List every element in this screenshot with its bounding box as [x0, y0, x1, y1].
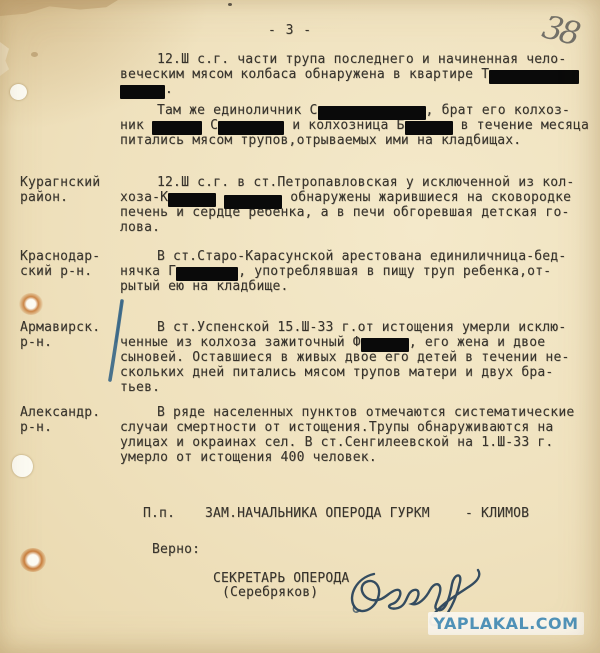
paragraph: В ст.Старо-Карасунской арестована единил… — [120, 249, 600, 294]
margin-district-label: Краснодар-ский р-н. — [20, 249, 124, 279]
text-line: ник С и колхозница Б в течение месяца — [120, 118, 600, 133]
redaction-box — [405, 121, 453, 135]
rust-spot — [20, 548, 46, 572]
text-line: скольких дней питались мясом трупов мате… — [120, 365, 600, 380]
margin-pen-mark — [106, 298, 130, 384]
text-line: . — [120, 82, 600, 97]
official-title: ЗАМ.НАЧАЛЬНИКА ОПЕРОДА ГУРКМ — [205, 506, 430, 521]
margin-district-label: Курагнскийрайон. — [20, 175, 124, 205]
text-line: улицах и окраинах сел. В ст.Сенгилеевско… — [120, 435, 600, 450]
paragraph: В ст.Успенской 15.Ш-33 г.от истощения ум… — [120, 320, 600, 395]
text-line: питались мясом трупов,отрываемых ими на … — [120, 133, 600, 148]
pp-label: П.п. — [143, 506, 175, 521]
text-line: лова. — [120, 220, 600, 235]
text-line: Александр. — [20, 405, 124, 420]
paragraph: 12.Ш с.г. в ст.Петропавловская у исключе… — [120, 175, 600, 235]
text-line: р-н. — [20, 420, 124, 435]
text-line: умерло от истощения 400 человек. — [120, 450, 600, 465]
hole-punch — [10, 84, 27, 100]
paper-speck — [31, 52, 38, 57]
hole-punch — [12, 455, 33, 477]
text-line: ченные из колхоза зажиточный Ф, его жена… — [120, 335, 600, 350]
paragraph: 12.Ш с.г. части трупа последнего и начин… — [120, 52, 600, 97]
scanned-document-page: - 3 - 38 12.Ш с.г. части трупа последнег… — [0, 0, 600, 653]
redaction-box — [318, 106, 426, 120]
redaction-box — [224, 195, 282, 209]
redaction-box — [152, 121, 202, 135]
page-number: - 3 - — [268, 23, 312, 38]
rust-spot — [19, 293, 43, 315]
text-line: печень и сердце ребенка, а в печи обгоре… — [120, 205, 600, 220]
text-line: район. — [20, 190, 124, 205]
paragraph: В ряде населенных пунктов отмечаются сис… — [120, 405, 600, 465]
paper-tear — [0, 0, 118, 16]
text-line: тьев. — [120, 380, 600, 395]
margin-district-label: Александр.р-н. — [20, 405, 124, 435]
redaction-box — [489, 70, 579, 84]
secretary-title: СЕКРЕТАРЬ ОПЕРОДА — [213, 571, 349, 586]
text-line: хоза-К обнаружены жарившиеся на сковород… — [120, 190, 600, 205]
redaction-box — [218, 121, 284, 135]
secretary-name: (Серебряков) — [222, 585, 318, 600]
text-line: 12.Ш с.г. в ст.Петропавловская у исключе… — [120, 175, 600, 190]
text-line: Там же единоличник С, брат его колхоз- — [120, 103, 600, 118]
text-line: случаи смертности от истощения.Трупы обн… — [120, 420, 600, 435]
redaction-box — [120, 85, 165, 99]
text-line: Курагнский — [20, 175, 124, 190]
text-line: ский р-н. — [20, 264, 124, 279]
text-line: В ст.Успенской 15.Ш-33 г.от истощения ум… — [120, 320, 600, 335]
text-line: сыновей. Оставшиеся в живых двое его дет… — [120, 350, 600, 365]
paragraph: Там же единоличник С, брат его колхоз-ни… — [120, 103, 600, 148]
ink-speck — [228, 3, 232, 6]
text-line: веческим мясом колбаса обнаружена в квар… — [120, 67, 600, 82]
text-line: В ст.Старо-Карасунской арестована единил… — [120, 249, 600, 264]
redaction-box — [361, 338, 409, 352]
watermark-text: YAPLAKAL.COM — [433, 614, 578, 633]
text-line: В ряде населенных пунктов отмечаются сис… — [120, 405, 600, 420]
text-line: Краснодар- — [20, 249, 124, 264]
text-line: 12.Ш с.г. части трупа последнего и начин… — [120, 52, 600, 67]
text-line: рытый ею на кладбище. — [120, 279, 600, 294]
redaction-box — [176, 267, 238, 281]
redaction-box — [168, 193, 216, 207]
official-name: - КЛИМОВ — [465, 506, 529, 521]
certified-label: Верно: — [152, 542, 200, 557]
watermark: YAPLAKAL.COM — [428, 612, 584, 635]
text-line: нячка Г, употреблявшая в пищу труп ребен… — [120, 264, 600, 279]
paper-tear — [0, 42, 9, 76]
